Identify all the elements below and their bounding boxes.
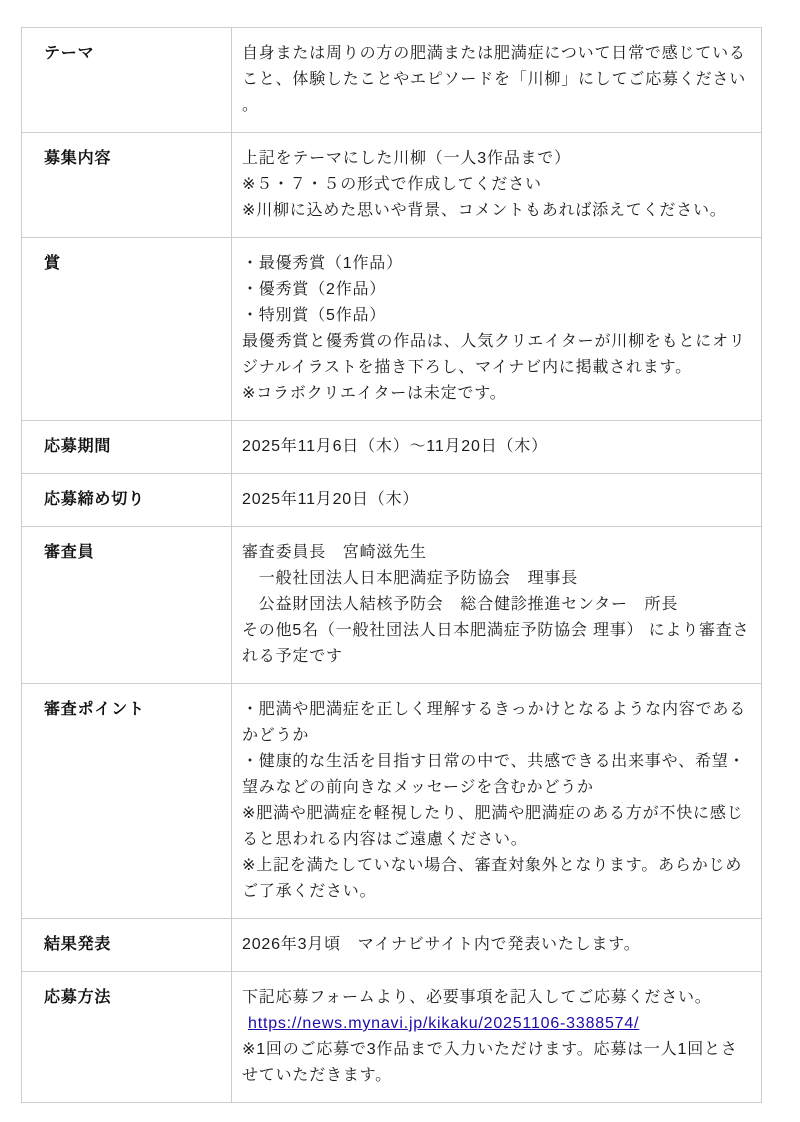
row-header-theme: テーマ [22,28,232,133]
table-row-judging-points: 審査ポイント ・肥満や肥満症を正しく理解するきっかけとなるような内容であるかどう… [22,684,762,919]
text-line: ※上記を満たしていない場合、審査対象外となります。あらかじめご了承ください。 [242,853,751,905]
text-line: ※コラボクリエイターは未定です。 [242,381,751,407]
table-row-entry-period: 応募期間 2025年11月6日（木）～11月20日（木） [22,421,762,474]
text-line: 公益財団法人結核予防会 総合健診推進センター 所長 [242,592,751,618]
text-line: ・特別賞（5作品） [242,303,751,329]
text-line: ・健康的な生活を目指す日常の中で、共感できる出来事や、希望・望みなどの前向きなメ… [242,749,751,801]
text-line: ※５・７・５の形式で作成してください [242,172,751,198]
table-row-results: 結果発表 2026年3月頃 マイナビサイト内で発表いたします。 [22,919,762,972]
text-line: 審査委員長 宮崎滋先生 [242,540,751,566]
row-value-judging-points: ・肥満や肥満症を正しく理解するきっかけとなるような内容であるかどうか ・健康的な… [232,684,762,919]
text-line: 一般社団法人日本肥満症予防協会 理事長 [242,566,751,592]
table-row-deadline: 応募締め切り 2025年11月20日（木） [22,474,762,527]
table-row-judges: 審査員 審査委員長 宮崎滋先生 一般社団法人日本肥満症予防協会 理事長 公益財団… [22,527,762,684]
text-line: 最優秀賞と優秀賞の作品は、人気クリエイターが川柳をもとにオリジナルイラストを描き… [242,329,751,381]
table-row-prizes: 賞 ・最優秀賞（1作品） ・優秀賞（2作品） ・特別賞（5作品） 最優秀賞と優秀… [22,238,762,421]
table-row-entry-details: 募集内容 上記をテーマにした川柳（一人3作品まで） ※５・７・５の形式で作成して… [22,133,762,238]
table-row-how-to-apply: 応募方法 下記応募フォームより、必要事項を記入してご応募ください。 https:… [22,972,762,1103]
row-value-how-to-apply: 下記応募フォームより、必要事項を記入してご応募ください。 https://new… [232,972,762,1103]
row-header-how-to-apply: 応募方法 [22,972,232,1103]
table-row-theme: テーマ 自身または周りの方の肥満または肥満症について日常で感じていること、体験し… [22,28,762,133]
row-value-entry-details: 上記をテーマにした川柳（一人3作品まで） ※５・７・５の形式で作成してください … [232,133,762,238]
row-value-judges: 審査委員長 宮崎滋先生 一般社団法人日本肥満症予防協会 理事長 公益財団法人結核… [232,527,762,684]
text-line: ※川柳に込めた思いや背景、コメントもあれば添えてください。 [242,198,751,224]
text-line: 下記応募フォームより、必要事項を記入してご応募ください。 [242,985,751,1011]
text-line: その他5名（一般社団法人日本肥満症予防協会 理事） により審査される予定です [242,618,751,670]
row-value-entry-period: 2025年11月6日（木）～11月20日（木） [232,421,762,474]
row-header-prizes: 賞 [22,238,232,421]
application-form-link[interactable]: https://news.mynavi.jp/kikaku/20251106-3… [242,1011,751,1037]
row-header-entry-details: 募集内容 [22,133,232,238]
text-line: 2026年3月頃 マイナビサイト内で発表いたします。 [242,932,751,958]
row-header-judges: 審査員 [22,527,232,684]
row-header-deadline: 応募締め切り [22,474,232,527]
text-line: 2025年11月6日（木）～11月20日（木） [242,434,751,460]
text-line: 上記をテーマにした川柳（一人3作品まで） [242,146,751,172]
row-header-judging-points: 審査ポイント [22,684,232,919]
text-line: ・肥満や肥満症を正しく理解するきっかけとなるような内容であるかどうか [242,697,751,749]
text-line: ※1回のご応募で3作品まで入力いただけます。応募は一人1回とさせていただきます。 [242,1037,751,1089]
text-line: ・優秀賞（2作品） [242,277,751,303]
contest-info-table: テーマ 自身または周りの方の肥満または肥満症について日常で感じていること、体験し… [21,27,762,1103]
row-value-prizes: ・最優秀賞（1作品） ・優秀賞（2作品） ・特別賞（5作品） 最優秀賞と優秀賞の… [232,238,762,421]
text-line: 2025年11月20日（木） [242,487,751,513]
text-line: ※肥満や肥満症を軽視したり、肥満や肥満症のある方が不快に感じると思われる内容はご… [242,801,751,853]
row-value-deadline: 2025年11月20日（木） [232,474,762,527]
text-line: 自身または周りの方の肥満または肥満症について日常で感じていること、体験したことや… [242,41,751,119]
row-value-results: 2026年3月頃 マイナビサイト内で発表いたします。 [232,919,762,972]
row-value-theme: 自身または周りの方の肥満または肥満症について日常で感じていること、体験したことや… [232,28,762,133]
row-header-results: 結果発表 [22,919,232,972]
page: テーマ 自身または周りの方の肥満または肥満症について日常で感じていること、体験し… [0,0,800,1122]
text-line: ・最優秀賞（1作品） [242,251,751,277]
row-header-entry-period: 応募期間 [22,421,232,474]
